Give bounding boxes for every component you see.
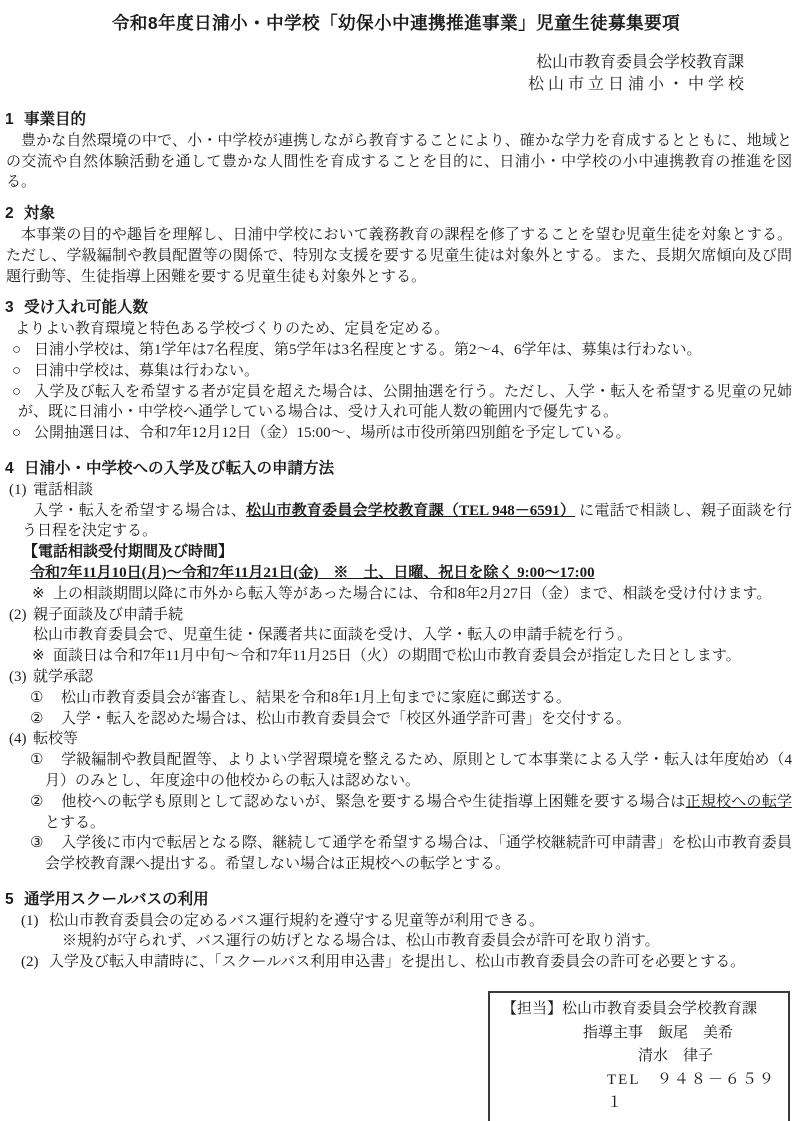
section-3-title: 受け入れ可能人数 bbox=[24, 299, 148, 316]
document-title: 令和8年度日浦小・中学校「幼保小中連携推進事業」児童生徒募集要項 bbox=[0, 10, 792, 36]
circled-number: ② bbox=[30, 709, 61, 730]
section-4-1-note: ※上の相談期間以降に市外から転入等があった場合には、令和8年2月27日（金）まで… bbox=[43, 584, 792, 605]
section-1-number: 1 bbox=[5, 110, 24, 131]
section-3-item-2-text: 日浦中学校は、募集は行わない。 bbox=[34, 363, 259, 379]
issuer-line-2-text: 松山市立日浦小・中学校 bbox=[528, 76, 748, 93]
section-5-heading: 5通学用スクールバスの利用 bbox=[5, 890, 792, 911]
section-4-1-heading: (1)電話相談 bbox=[9, 480, 792, 501]
section-4-4-item-1-text: 学級編制や教員配置等、よりよい学習環境を整えるため、原則として本事業による入学・… bbox=[45, 752, 792, 789]
section-5-item-2-text: 入学及び転入申請時に、「スクールバス利用申込書」を提出し、松山市教育委員会の許可… bbox=[49, 954, 745, 970]
section-5: 5通学用スクールバスの利用 (1)松山市教育委員会の定めるバス運行規約を遵守する… bbox=[0, 890, 792, 973]
section-4-4-item-1: ①学級編制や教員配置等、よりよい学習環境を整えるため、原則として本事業による入学… bbox=[45, 750, 792, 792]
issuer-block: 松山市教育委員会学校教育課 松山市立日浦小・中学校 bbox=[0, 52, 792, 95]
section-2-body: 本事業の目的や趣旨を理解し、日浦中学校において義務教育の課程を修了することを望む… bbox=[6, 225, 792, 287]
section-3-item-3: ○入学及び転入を希望する者が定員を超えた場合は、公開抽選を行う。ただし、入学・転… bbox=[18, 382, 792, 424]
note-mark: ※ bbox=[32, 646, 53, 667]
section-4-1-body-pre: 入学・転入を希望する場合は、 bbox=[33, 503, 246, 519]
section-2: 2対象 本事業の目的や趣旨を理解し、日浦中学校において義務教育の課程を修了するこ… bbox=[0, 204, 792, 287]
section-4-3-heading: (3)就学承認 bbox=[9, 667, 792, 688]
section-4-4-item-2: ②他校への転学も原則として認めないが、緊急を要する場合や生徒指導上困難を要する場… bbox=[45, 792, 792, 834]
section-3-item-4: ○公開抽選日は、令和7年12月12日（金）15:00～、場所は市役所第四別館を予… bbox=[18, 423, 792, 444]
section-3-item-1-text: 日浦小学校は、第1学年は7名程度、第5学年は3名程度とする。第2～4、6学年は、… bbox=[34, 342, 702, 358]
section-5-item-2-number: (2) bbox=[21, 952, 49, 973]
section-4-4-item-2-post: とする。 bbox=[45, 815, 105, 831]
section-4-4-number: (4) bbox=[9, 729, 33, 750]
section-3-heading: 3受け入れ可能人数 bbox=[5, 298, 792, 319]
section-4-3-item-2: ②入学・転入を認めた場合は、松山市教育委員会で「校区外通学許可書」を交付する。 bbox=[45, 709, 792, 730]
section-3-number: 3 bbox=[5, 298, 24, 319]
section-4-number: 4 bbox=[5, 459, 24, 480]
circle-bullet: ○ bbox=[12, 423, 34, 444]
section-5-item-1: (1)松山市教育委員会の定めるバス運行規約を遵守する児童等が利用できる。 bbox=[39, 911, 792, 932]
section-4-1-body: 入学・転入を希望する場合は、松山市教育委員会学校教育課（TEL 948－6591… bbox=[22, 501, 792, 543]
section-4-2-number: (2) bbox=[9, 605, 33, 626]
section-4-4-item-2-pre: 他校への転学も原則として認めないが、緊急を要する場合や生徒指導上困難を要する場合… bbox=[61, 794, 686, 810]
section-4-2-note: ※面談日は令和7年11月中旬～令和7年11月25日（火）の期間で松山市教育委員会… bbox=[43, 646, 792, 667]
section-4-4-heading: (4)転校等 bbox=[9, 729, 792, 750]
section-1-body: 豊かな自然環境の中で、小・中学校が連携しながら教育することにより、確かな学力を育… bbox=[6, 131, 792, 193]
circled-number: ① bbox=[30, 750, 61, 771]
section-4-1-note-text: 上の相談期間以降に市外から転入等があった場合には、令和8年2月27日（金）まで、… bbox=[53, 586, 771, 602]
section-4-3-item-2-text: 入学・転入を認めた場合は、松山市教育委員会で「校区外通学許可書」を交付する。 bbox=[61, 711, 631, 727]
section-4-3-number: (3) bbox=[9, 667, 33, 688]
section-5-item-1-note: ※規約が守られず、バス運行の妨げとなる場合は、松山市教育委員会が許可を取り消す。 bbox=[62, 931, 792, 952]
phone-period-header: 【電話相談受付期間及び時間】 bbox=[23, 542, 792, 563]
note-mark: ※ bbox=[32, 584, 53, 605]
regular-school-transfer-emphasis: 正規校への転学 bbox=[686, 794, 792, 810]
section-5-number: 5 bbox=[5, 890, 24, 911]
section-4-1-title: 電話相談 bbox=[33, 482, 93, 498]
section-2-heading: 2対象 bbox=[5, 204, 792, 225]
section-4-title: 日浦小・中学校への入学及び転入の申請方法 bbox=[24, 460, 334, 477]
section-3: 3受け入れ可能人数 よりよい教育環境と特色ある学校づくりのため、定員を定める。 … bbox=[0, 298, 792, 444]
section-4-4-item-3: ③入学後に市内で転居となる際、継続して通学を希望する場合は、「通学校継続許可申請… bbox=[45, 833, 792, 875]
section-3-intro: よりよい教育環境と特色ある学校づくりのため、定員を定める。 bbox=[15, 319, 792, 340]
phone-period-dates: 令和7年11月10日(月)～令和7年11月21日(金) ※ 土、日曜、祝日を除く… bbox=[30, 563, 792, 584]
section-4-heading: 4日浦小・中学校への入学及び転入の申請方法 bbox=[5, 459, 792, 480]
section-4-2-title: 親子面談及び申請手続 bbox=[33, 607, 183, 623]
contact-person-2: 清水 律子 bbox=[490, 1045, 788, 1069]
document-page: 令和8年度日浦小・中学校「幼保小中連携推進事業」児童生徒募集要項 松山市教育委員… bbox=[0, 0, 800, 1121]
contact-phone: TEL ９４８－６５９１ bbox=[490, 1069, 788, 1116]
section-4: 4日浦小・中学校への入学及び転入の申請方法 (1)電話相談 入学・転入を希望する… bbox=[0, 459, 792, 875]
section-3-item-4-text: 公開抽選日は、令和7年12月12日（金）15:00～、場所は市役所第四別館を予定… bbox=[34, 425, 631, 441]
issuer-line-1: 松山市教育委員会学校教育課 bbox=[0, 52, 744, 74]
circled-number: ② bbox=[30, 792, 61, 813]
section-3-item-1: ○日浦小学校は、第1学年は7名程度、第5学年は3名程度とする。第2～4、6学年は… bbox=[18, 340, 792, 361]
circled-number: ③ bbox=[30, 833, 61, 854]
section-4-3-item-1: ①松山市教育委員会が審査し、結果を令和8年1月上旬までに家庭に郵送する。 bbox=[45, 688, 792, 709]
contact-box: 【担当】松山市教育委員会学校教育課 指導主事 飯尾 美希 清水 律子 TEL ９… bbox=[488, 991, 790, 1121]
section-4-4-title: 転校等 bbox=[33, 731, 78, 747]
phone-contact-emphasis: 松山市教育委員会学校教育課（TEL 948－6591） bbox=[246, 503, 575, 519]
section-1-title: 事業目的 bbox=[24, 111, 86, 128]
circled-number: ① bbox=[30, 688, 61, 709]
section-1-heading: 1事業目的 bbox=[5, 110, 792, 131]
section-2-number: 2 bbox=[5, 204, 24, 225]
circle-bullet: ○ bbox=[12, 382, 34, 403]
section-4-2-note-text: 面談日は令和7年11月中旬～令和7年11月25日（火）の期間で松山市教育委員会が… bbox=[53, 648, 741, 664]
circle-bullet: ○ bbox=[12, 340, 34, 361]
section-4-1-number: (1) bbox=[9, 480, 33, 501]
section-5-item-1-text: 松山市教育委員会の定めるバス運行規約を遵守する児童等が利用できる。 bbox=[49, 913, 544, 929]
section-3-item-3-text: 入学及び転入を希望する者が定員を超えた場合は、公開抽選を行う。ただし、入学・転入… bbox=[18, 384, 792, 421]
section-5-item-1-number: (1) bbox=[21, 911, 49, 932]
contact-department: 【担当】松山市教育委員会学校教育課 bbox=[490, 998, 788, 1022]
section-4-2-heading: (2)親子面談及び申請手続 bbox=[9, 605, 792, 626]
section-2-title: 対象 bbox=[24, 205, 55, 222]
contact-person-1: 指導主事 飯尾 美希 bbox=[490, 1022, 788, 1046]
section-4-2-body: 松山市教育委員会で、児童生徒・保護者共に面談を受け、入学・転入の申請手続を行う。 bbox=[33, 625, 792, 646]
section-1: 1事業目的 豊かな自然環境の中で、小・中学校が連携しながら教育することにより、確… bbox=[0, 110, 792, 193]
section-4-4-item-3-text: 入学後に市内で転居となる際、継続して通学を希望する場合は、「通学校継続許可申請書… bbox=[45, 835, 792, 872]
section-4-3-title: 就学承認 bbox=[33, 669, 93, 685]
section-5-title: 通学用スクールバスの利用 bbox=[24, 891, 209, 908]
section-4-3-item-1-text: 松山市教育委員会が審査し、結果を令和8年1月上旬までに家庭に郵送する。 bbox=[61, 690, 571, 706]
section-3-item-2: ○日浦中学校は、募集は行わない。 bbox=[18, 361, 792, 382]
section-5-item-2: (2)入学及び転入申請時に、「スクールバス利用申込書」を提出し、松山市教育委員会… bbox=[39, 952, 792, 973]
circle-bullet: ○ bbox=[12, 361, 34, 382]
issuer-line-2: 松山市立日浦小・中学校 bbox=[0, 74, 744, 96]
